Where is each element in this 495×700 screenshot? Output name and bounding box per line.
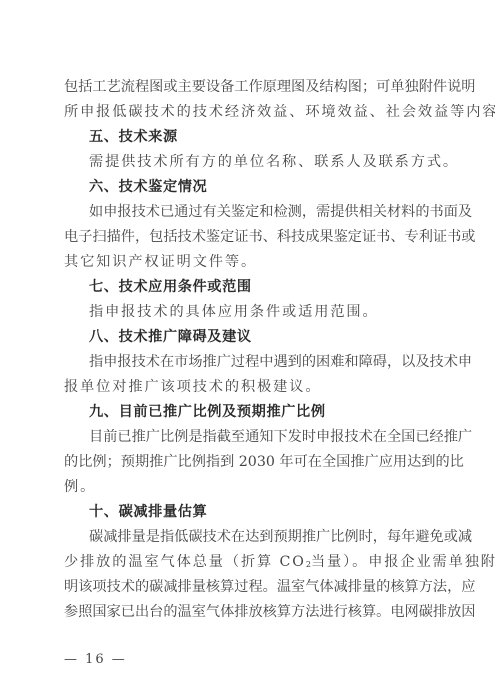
section-heading-promotion-barriers: 八、技术推广障碍及建议 (89, 325, 252, 350)
section-heading-application-conditions: 七、技术应用条件或范围 (89, 275, 252, 300)
body-line: 的比例；预期推广比例指到 2030 年可在全国推广应用达到的比 (64, 450, 434, 475)
body-line: 包括工艺流程图或主要设备工作原理图及结构图；可单独附件说明 (64, 75, 434, 100)
section-heading-technology-appraisal: 六、技术鉴定情况 (89, 175, 207, 200)
body-line: 所申报低碳技术的技术经济效益、环境效益、社会效益等内容。 (64, 100, 434, 125)
body-line: 如申报技术已通过有关鉴定和检测，需提供相关材料的书面及 (89, 200, 434, 225)
body-line: 指申报技术的具体应用条件或适用范围。 (89, 300, 434, 325)
section-heading-technology-source: 五、技术来源 (89, 125, 178, 150)
body-line: 电子扫描件，包括技术鉴定证书、科技成果鉴定证书、专利证书或 (64, 225, 434, 250)
body-line: 报单位对推广该项技术的积极建议。 (64, 375, 434, 400)
body-line: 例。 (64, 475, 434, 500)
body-line-co2: 少排放的温室气体总量（折算 CO2当量）。申报企业需单独附件说 (64, 550, 434, 575)
page-number: — 16 — (64, 650, 127, 670)
body-text: 少排放的温室气体总量（折算 CO (64, 554, 306, 570)
body-text: 当量）。申报企业需单独附件说 (311, 554, 495, 570)
section-heading-promotion-ratio: 九、目前已推广比例及预期推广比例 (89, 400, 326, 425)
body-line: 需提供技术所有方的单位名称、联系人及联系方式。 (89, 150, 434, 175)
body-line: 指申报技术在市场推广过程中遇到的困难和障碍，以及技术申 (89, 350, 434, 375)
document-page: 包括工艺流程图或主要设备工作原理图及结构图；可单独附件说明 所申报低碳技术的技术… (0, 0, 495, 700)
body-line: 碳减排量是指低碳技术在达到预期推广比例时，每年避免或减 (89, 525, 434, 550)
body-line: 参照国家已出台的温室气体排放核算方法进行核算。电网碳排放因 (64, 600, 434, 625)
body-line: 其它知识产权证明文件等。 (64, 250, 434, 275)
body-line: 目前已推广比例是指截至通知下发时申报技术在全国已经推广 (89, 425, 434, 450)
section-heading-carbon-reduction: 十、碳减排量估算 (89, 500, 207, 525)
body-line: 明该项技术的碳减排量核算过程。温室气体减排量的核算方法，应 (64, 575, 434, 600)
